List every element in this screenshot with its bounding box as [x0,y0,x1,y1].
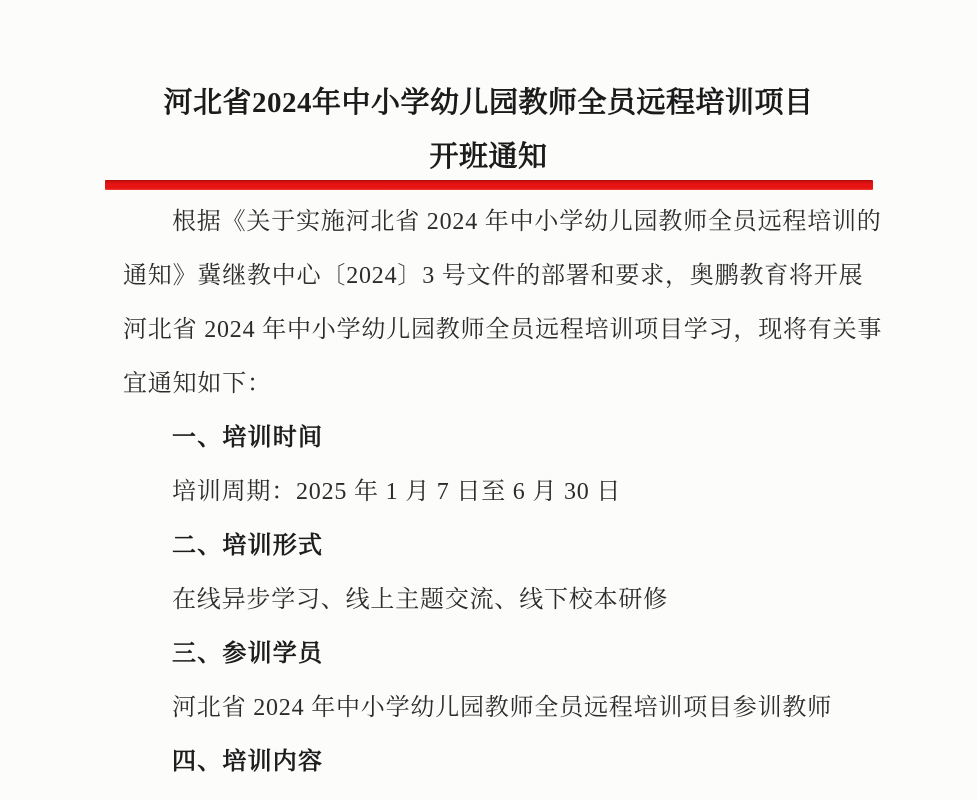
section-body-training-time: 培训周期：2025 年 1 月 7 日至 6 月 30 日 [123,465,863,519]
section-heading-participants: 三、参训学员 [123,627,863,681]
paragraph-line: 通知》冀继教中心〔2024〕3 号文件的部署和要求，奥鹏教育将开展 [123,249,863,303]
document-body: 根据《关于实施河北省 2024 年中小学幼儿园教师全员远程培训的 通知》冀继教中… [123,195,863,789]
paragraph-line: 河北省 2024 年中小学幼儿园教师全员远程培训项目学习，现将有关事 [123,303,863,357]
paragraph-line: 根据《关于实施河北省 2024 年中小学幼儿园教师全员远程培训的 [123,195,863,249]
notice-document-page: 河北省2024年中小学幼儿园教师全员远程培训项目 开班通知 根据《关于实施河北省… [0,0,977,800]
document-title-line2: 开班通知 [0,130,977,184]
section-heading-training-time: 一、培训时间 [123,411,863,465]
section-heading-training-format: 二、培训形式 [123,519,863,573]
section-body-participants: 河北省 2024 年中小学幼儿园教师全员远程培训项目参训教师 [123,681,863,735]
document-title-block: 河北省2024年中小学幼儿园教师全员远程培训项目 开班通知 [0,0,977,184]
section-heading-training-content: 四、培训内容 [123,735,863,789]
document-title-line1: 河北省2024年中小学幼儿园教师全员远程培训项目 [0,76,977,130]
paragraph-line: 宜通知如下： [123,357,863,411]
section-body-training-format: 在线异步学习、线上主题交流、线下校本研修 [123,573,863,627]
